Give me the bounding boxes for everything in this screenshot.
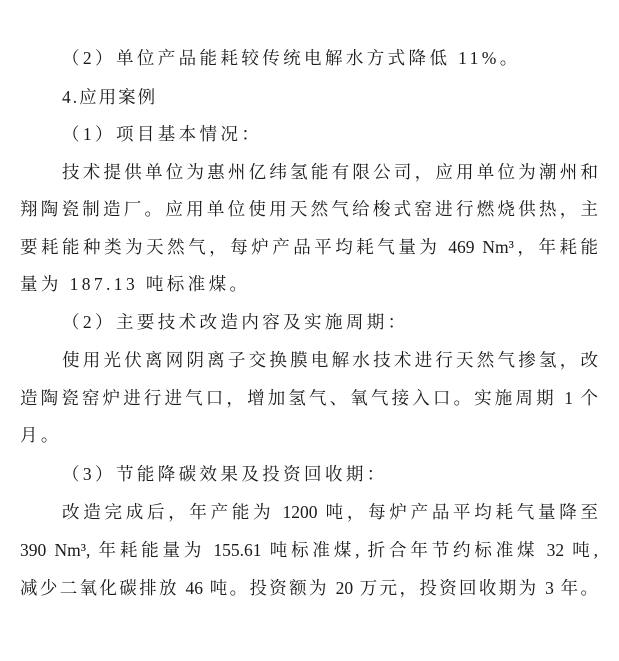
paragraph-line: 量为 187.13 吨标准煤。 [20,273,598,295]
subsection-heading: （3）节能降碳效果及投资回收期： [62,463,598,485]
paragraph-line: （2）单位产品能耗较传统电解水方式降低 11%。 [62,47,598,69]
paragraph-line: 改造完成后，年产能为 1200 吨，每炉产品平均耗气量降至 [62,501,598,523]
paragraph-line: 月。 [20,424,598,446]
section-heading: 4.应用案例 [62,86,619,108]
paragraph-line: 技术提供单位为惠州亿纬氢能有限公司，应用单位为潮州和 [62,161,598,183]
paragraph-line: 翔陶瓷制造厂。应用单位使用天然气给梭式窑进行燃烧供热，主 [20,198,598,220]
paragraph-line: 使用光伏离网阴离子交换膜电解水技术进行天然气掺氢，改 [62,349,598,371]
paragraph-line: 减少二氧化碳排放 46 吨。投资额为 20 万元，投资回收期为 3 年。 [20,577,598,599]
subsection-heading: （2）主要技术改造内容及实施周期： [62,311,598,333]
paragraph-line: 390 Nm³, 年耗能量为 155.61 吨标准煤, 折合年节约标准煤 32 … [20,539,598,561]
paragraph-line: 造陶瓷窑炉进行进气口，增加氢气、氧气接入口。实施周期 1 个 [20,387,598,409]
paragraph-line: 要耗能种类为天然气，每炉产品平均耗气量为 469 Nm³，年耗能 [20,236,598,258]
document-page: （2）单位产品能耗较传统电解水方式降低 11%。 4.应用案例 （1）项目基本情… [0,0,619,661]
subsection-heading: （1）项目基本情况： [62,123,598,145]
